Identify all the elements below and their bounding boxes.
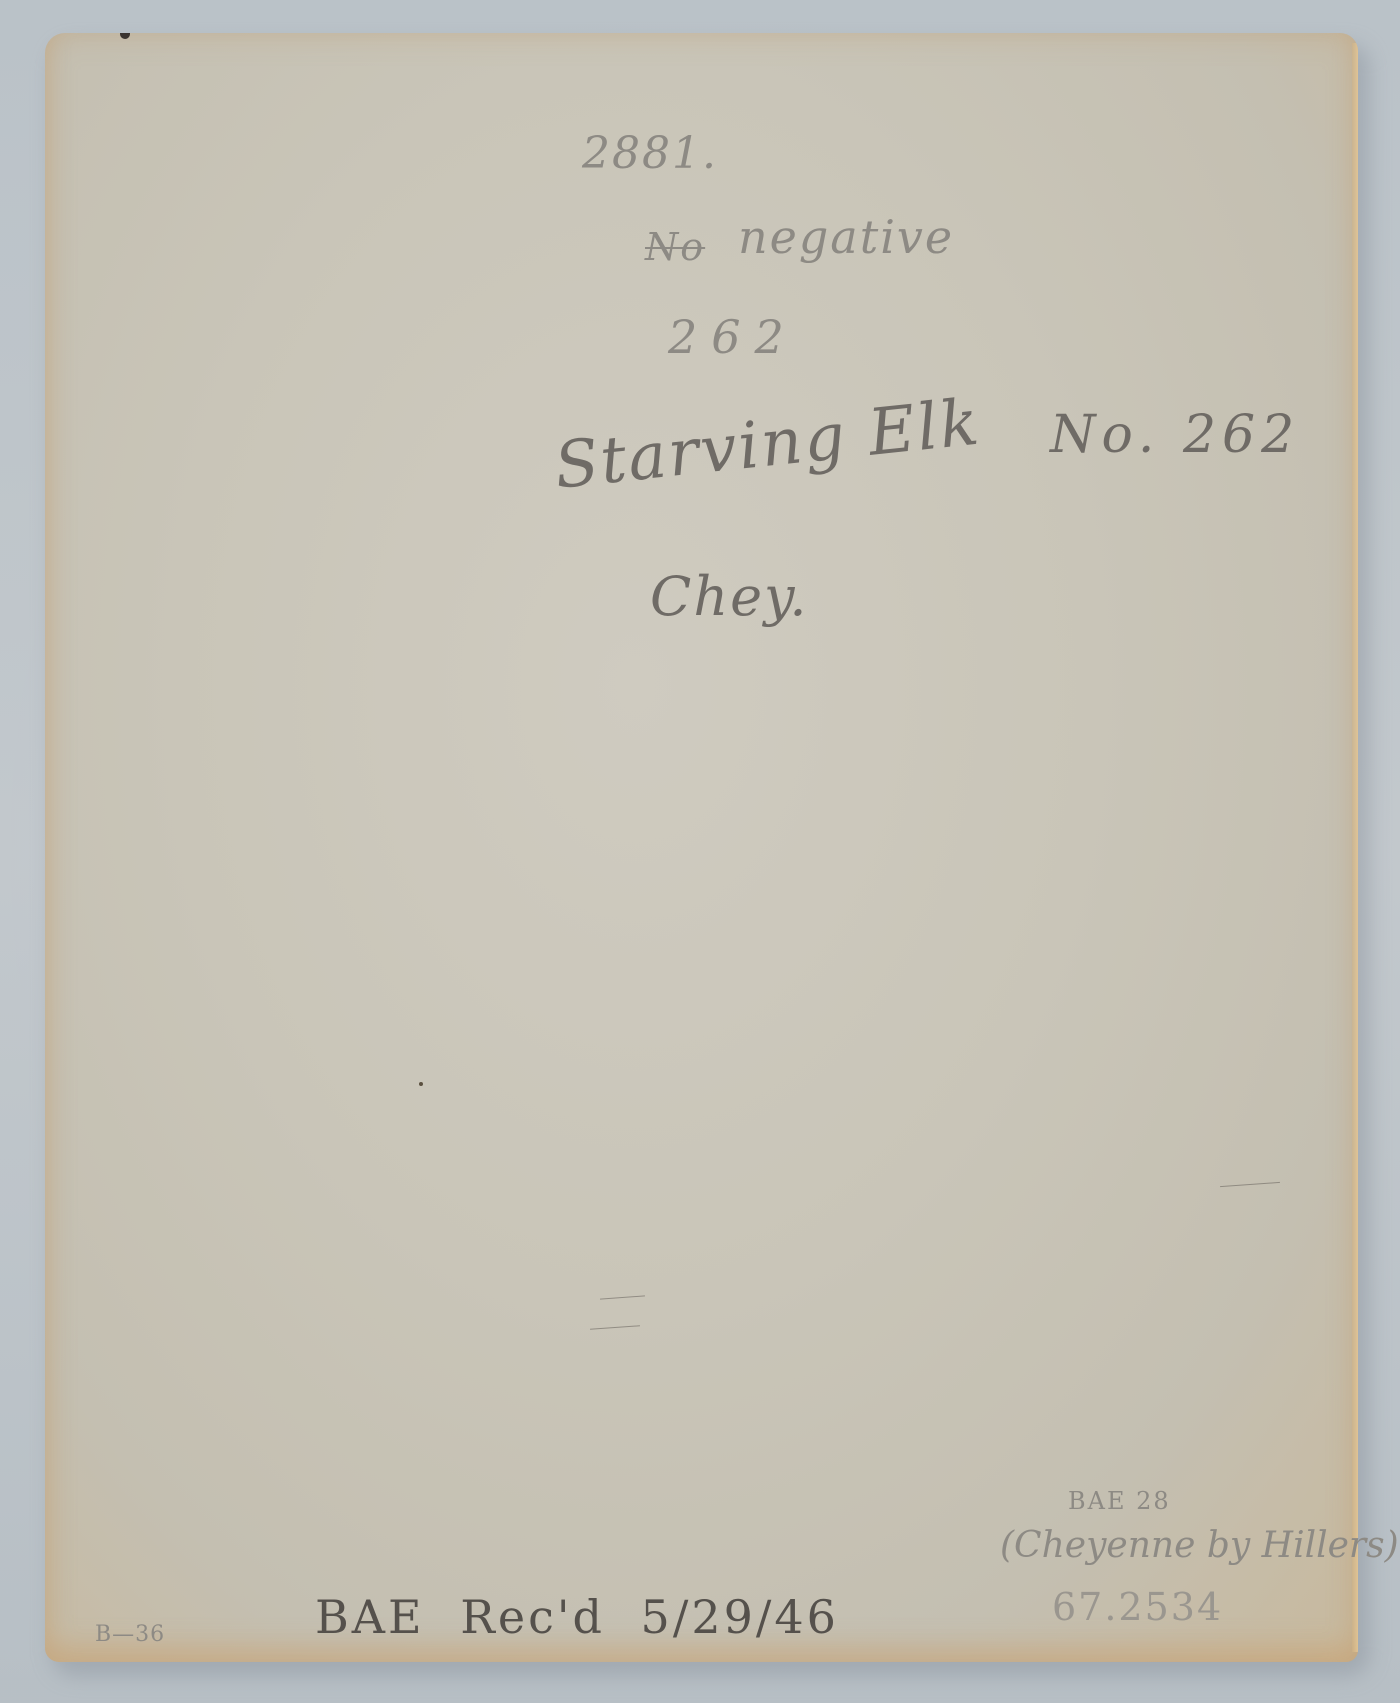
speck	[419, 1082, 423, 1086]
series-label: BAE 28	[1068, 1487, 1171, 1515]
negative-struck-label: No	[645, 225, 705, 269]
title-number: No. 262	[1050, 405, 1300, 465]
negative-number: 262	[668, 310, 798, 364]
corner-mark: B—36	[95, 1622, 165, 1647]
received-stamp: BAE Rec'd 5/29/46	[315, 1590, 839, 1644]
negative-label: negative	[738, 210, 954, 264]
attribution-label: (Cheyenne by Hillers)	[1000, 1525, 1399, 1566]
tribe-label: Chey.	[650, 565, 809, 628]
catalog-number: 2881.	[582, 128, 718, 179]
photo-mount-card	[45, 33, 1358, 1662]
accession-number: 67.2534	[1052, 1585, 1223, 1629]
